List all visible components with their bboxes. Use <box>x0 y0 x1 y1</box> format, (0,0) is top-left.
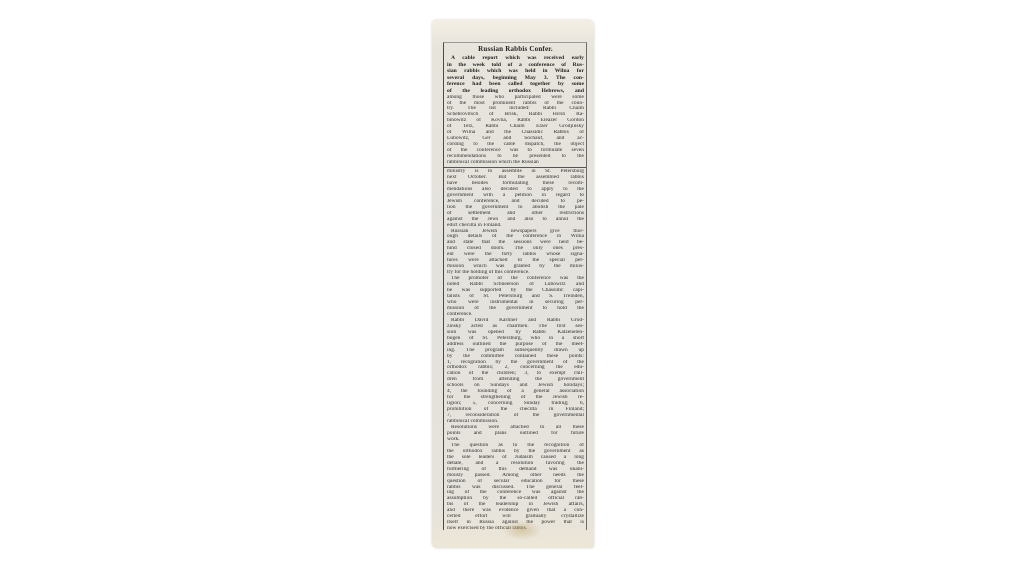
text-line: several days, beginning May 3. The con- <box>447 75 584 82</box>
article-lead: A cable report which was received earlyi… <box>447 55 584 95</box>
article-body-part-2: ministry is to assemble in St. Petersbur… <box>447 169 584 532</box>
text-line: of the leading orthodox Hebrews, and <box>447 88 584 95</box>
text-line: rabbinical commission which the Russian <box>447 160 584 166</box>
text-line: ference had been called together by some <box>447 81 584 88</box>
paper-stain <box>502 520 542 540</box>
article-body-part-1: among those who participated were someof… <box>447 95 584 166</box>
article-column: Russian Rabbis Confer. A cable report wh… <box>443 42 587 530</box>
article-headline: Russian Rabbis Confer. <box>447 45 584 54</box>
newspaper-clipping: Russian Rabbis Confer. A cable report wh… <box>432 20 594 548</box>
text-line: in the week told of a conference of Rus- <box>447 62 584 69</box>
text-line: points and plans outlined for future <box>447 431 584 437</box>
column-divider <box>444 167 586 168</box>
text-line: sian rabbis which was held in Wilna for <box>447 68 584 75</box>
text-line: A cable report which was received early <box>447 55 584 62</box>
